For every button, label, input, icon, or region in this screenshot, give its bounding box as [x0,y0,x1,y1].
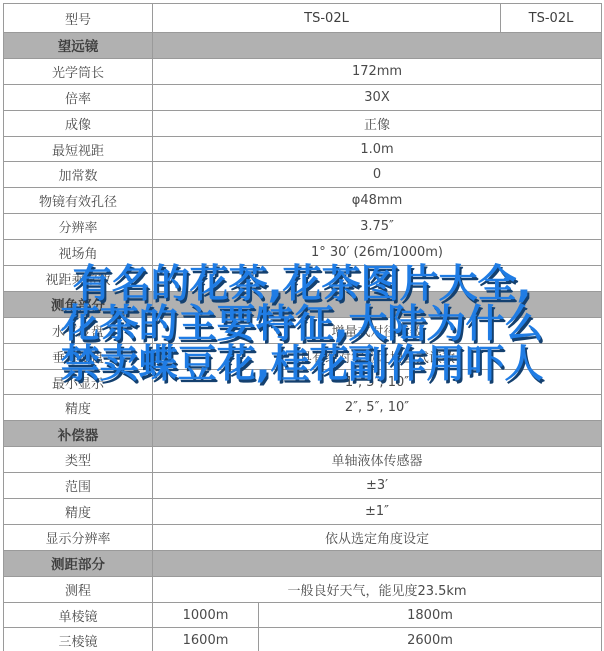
row-label: 成像 [4,110,153,136]
table-row: 测程 一般良好天气，能见度23.5km [4,576,602,602]
row-label: 加常数 [4,162,153,188]
section-filler [153,550,602,576]
section-header-row: 测角部分 [4,291,602,317]
section-header-row: 补偿器 [4,421,602,447]
row-label: 型号 [4,4,153,33]
spec-table: 型号 TS-02L TS-02L 望远镜 光学筒长 172mm 倍率 30X 成… [3,3,602,651]
row-label: 视距乘常数 [4,266,153,292]
row-label: 垂直度盘 [4,343,153,369]
table-row: 最小显示 1″, 5″, 10″ [4,369,602,395]
row-value: 2″, 5″, 10″ [153,395,602,421]
model-value-1: TS-02L [153,4,501,33]
row-label: 三棱镜 [4,628,153,651]
section-title: 测距部分 [4,550,153,576]
row-value-left: 1600m [153,628,259,651]
row-value: 172mm [153,58,602,84]
row-label: 物镜有效孔径 [4,188,153,214]
section-header-row: 测距部分 [4,550,602,576]
table-row: 视距乘常数 [4,266,602,292]
section-title: 望远镜 [4,33,153,59]
table-row: 精度 2″, 5″, 10″ [4,395,602,421]
section-header-row: 望远镜 [4,33,602,59]
section-filler [153,421,602,447]
table-row: 光学筒长 172mm [4,58,602,84]
row-value [153,266,602,292]
row-value: 一般良好天气，能见度23.5km [153,576,602,602]
row-value: 0 [153,162,602,188]
row-value-right: 1800m [259,602,602,628]
row-label: 显示分辨率 [4,524,153,550]
row-label: 单棱镜 [4,602,153,628]
row-value: 30X [153,84,602,110]
row-label: 测程 [4,576,153,602]
row-value: 增量式对径读数 [153,317,602,343]
row-label: 类型 [4,447,153,473]
row-label: 最小显示 [4,369,153,395]
table-row: 物镜有效孔径 φ48mm [4,188,602,214]
row-value: ±1″ [153,499,602,525]
row-label: 精度 [4,395,153,421]
table-row: 垂直度盘 具有绝对零位之增量式读数 [4,343,602,369]
table-row: 成像 正像 [4,110,602,136]
row-value: 单轴液体传感器 [153,447,602,473]
table-row: 水平度盘 增量式对径读数 [4,317,602,343]
table-row: 类型 单轴液体传感器 [4,447,602,473]
row-label: 视场角 [4,240,153,266]
row-value: φ48mm [153,188,602,214]
row-label: 水平度盘 [4,317,153,343]
row-value-right: 2600m [259,628,602,651]
row-value: ±3′ [153,473,602,499]
row-value: 1.0m [153,136,602,162]
row-label: 光学筒长 [4,58,153,84]
table-row-split: 三棱镜 1600m 2600m [4,628,602,651]
row-label: 倍率 [4,84,153,110]
row-label: 最短视距 [4,136,153,162]
row-value-left: 1000m [153,602,259,628]
table-row: 精度 ±1″ [4,499,602,525]
row-label: 精度 [4,499,153,525]
section-filler [153,291,602,317]
table-row: 视场角 1° 30′ (26m/1000m) [4,240,602,266]
table-row: 范围 ±3′ [4,473,602,499]
table-row: 最短视距 1.0m [4,136,602,162]
row-value: 依从选定角度设定 [153,524,602,550]
row-value: 1″, 5″, 10″ [153,369,602,395]
table-row-model: 型号 TS-02L TS-02L [4,4,602,33]
table-row: 加常数 0 [4,162,602,188]
row-value: 正像 [153,110,602,136]
table-row: 倍率 30X [4,84,602,110]
row-value: 1° 30′ (26m/1000m) [153,240,602,266]
model-value-2: TS-02L [501,4,602,33]
row-value: 3.75″ [153,214,602,240]
row-label: 分辨率 [4,214,153,240]
table-row: 分辨率 3.75″ [4,214,602,240]
row-value: 具有绝对零位之增量式读数 [153,343,602,369]
section-title: 测角部分 [4,291,153,317]
section-filler [153,33,602,59]
table-row: 显示分辨率 依从选定角度设定 [4,524,602,550]
table-row-split: 单棱镜 1000m 1800m [4,602,602,628]
section-title: 补偿器 [4,421,153,447]
row-label: 范围 [4,473,153,499]
